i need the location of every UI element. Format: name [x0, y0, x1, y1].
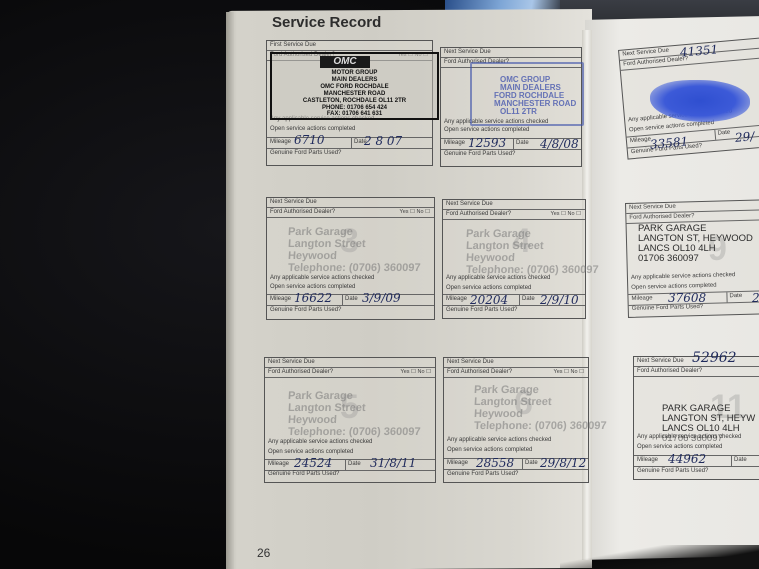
omc-dealer-stamp: OMC MOTOR GROUP MAIN DEALERS OMC FORD RO… [270, 52, 439, 120]
page-number: 26 [257, 546, 270, 560]
handwritten-mileage: 6710 [294, 133, 325, 147]
omc-logo: OMC [320, 56, 370, 68]
shadow [560, 545, 759, 569]
genuine-parts-label: Genuine Ford Parts Used? [270, 149, 428, 158]
handwritten-date: 2 8 07 [364, 134, 402, 148]
faded-dealer-stamp: Park Garage [288, 226, 353, 238]
page-title: Service Record [272, 14, 381, 31]
page-edge [226, 12, 234, 569]
mileage-row: Mileage Date [267, 137, 432, 149]
first-service-due-row: First Service Due [267, 41, 432, 51]
